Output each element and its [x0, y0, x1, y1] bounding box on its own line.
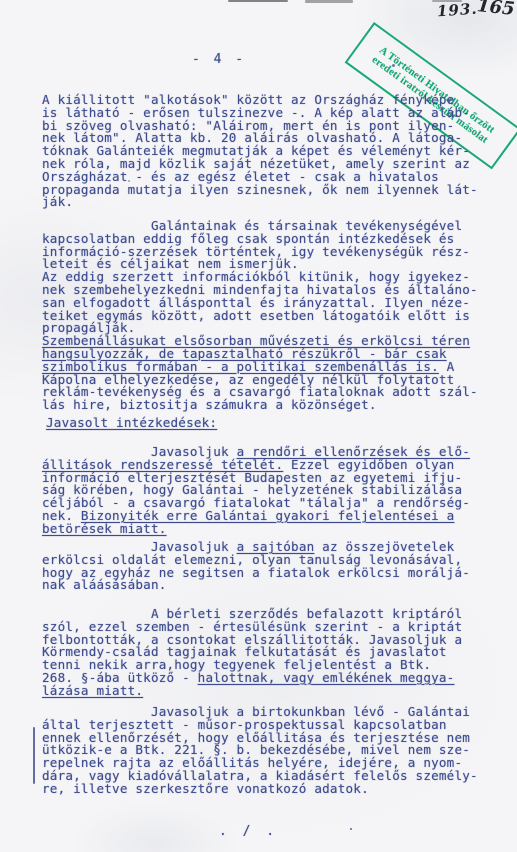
underlined-text-segment: Javasolt intézkedések: — [46, 415, 217, 430]
continuation-mark: . / . — [219, 824, 278, 839]
text-segment: lás hire, biztositja számukra a közönség… — [42, 397, 377, 412]
paragraph-crypt-lease: A bérleti szerződés befalazott kriptáról… — [42, 608, 462, 698]
text-line: propaganda mutatja ilyen szinesnek, ők n… — [42, 184, 478, 197]
scanned-document-page: 193. 165 A Történeti Hivatalban őrzött e… — [0, 0, 517, 852]
page-number: - 4 - — [192, 52, 246, 67]
text-line: lás hire, biztositja számukra a közönség… — [42, 399, 478, 412]
text-line: re, illetve szerkesztőre vonatkozó adato… — [42, 783, 478, 796]
text-line: betörések miatt. — [42, 523, 470, 536]
paragraph-press-proposal: Javasoljuk a sajtóban az összejöveteleke… — [42, 541, 470, 592]
underlined-text-segment: halottnak, vagy emlékének meggya- — [198, 670, 455, 685]
paragraph-police-checks: Javasoljuk a rendőri ellenőrzések és elő… — [42, 446, 470, 536]
paragraph-prospectus-check: Javasoljuk a birtokunkban lévő - Galánta… — [42, 706, 478, 796]
handwritten-number-left: 193. — [436, 0, 478, 20]
text-line: lázása miatt. — [42, 685, 462, 698]
text-line: Javasolt intézkedések: — [46, 417, 217, 430]
paragraph-galantai-activity: Galántainak és társainak tevékenységével… — [42, 220, 478, 412]
text-line: nak aláásásában. — [42, 579, 470, 592]
text-line: ják. — [42, 196, 478, 209]
handwritten-number-right: 165 — [476, 0, 516, 20]
paragraph-exhibition-photo: A kiállitott "alkotások" között az Orszá… — [42, 94, 478, 209]
underlined-text-segment: lázása miatt. — [42, 683, 143, 698]
text-segment: re, illetve szerkesztőre vonatkozó adato… — [42, 781, 369, 796]
text-segment: ják. — [42, 194, 73, 209]
text-segment: propaganda mutatja ilyen szinesnek, ők n… — [42, 182, 478, 197]
scan-edge-artifact — [305, 0, 353, 3]
text-segment: nak aláásásában. — [42, 577, 167, 592]
heading-proposed-measures: Javasolt intézkedések: — [46, 417, 217, 430]
margin-mark-line — [33, 727, 35, 784]
ink-speck — [350, 828, 352, 830]
underlined-text-segment: betörések miatt. — [42, 521, 167, 536]
scan-edge-artifact — [228, 0, 288, 2]
